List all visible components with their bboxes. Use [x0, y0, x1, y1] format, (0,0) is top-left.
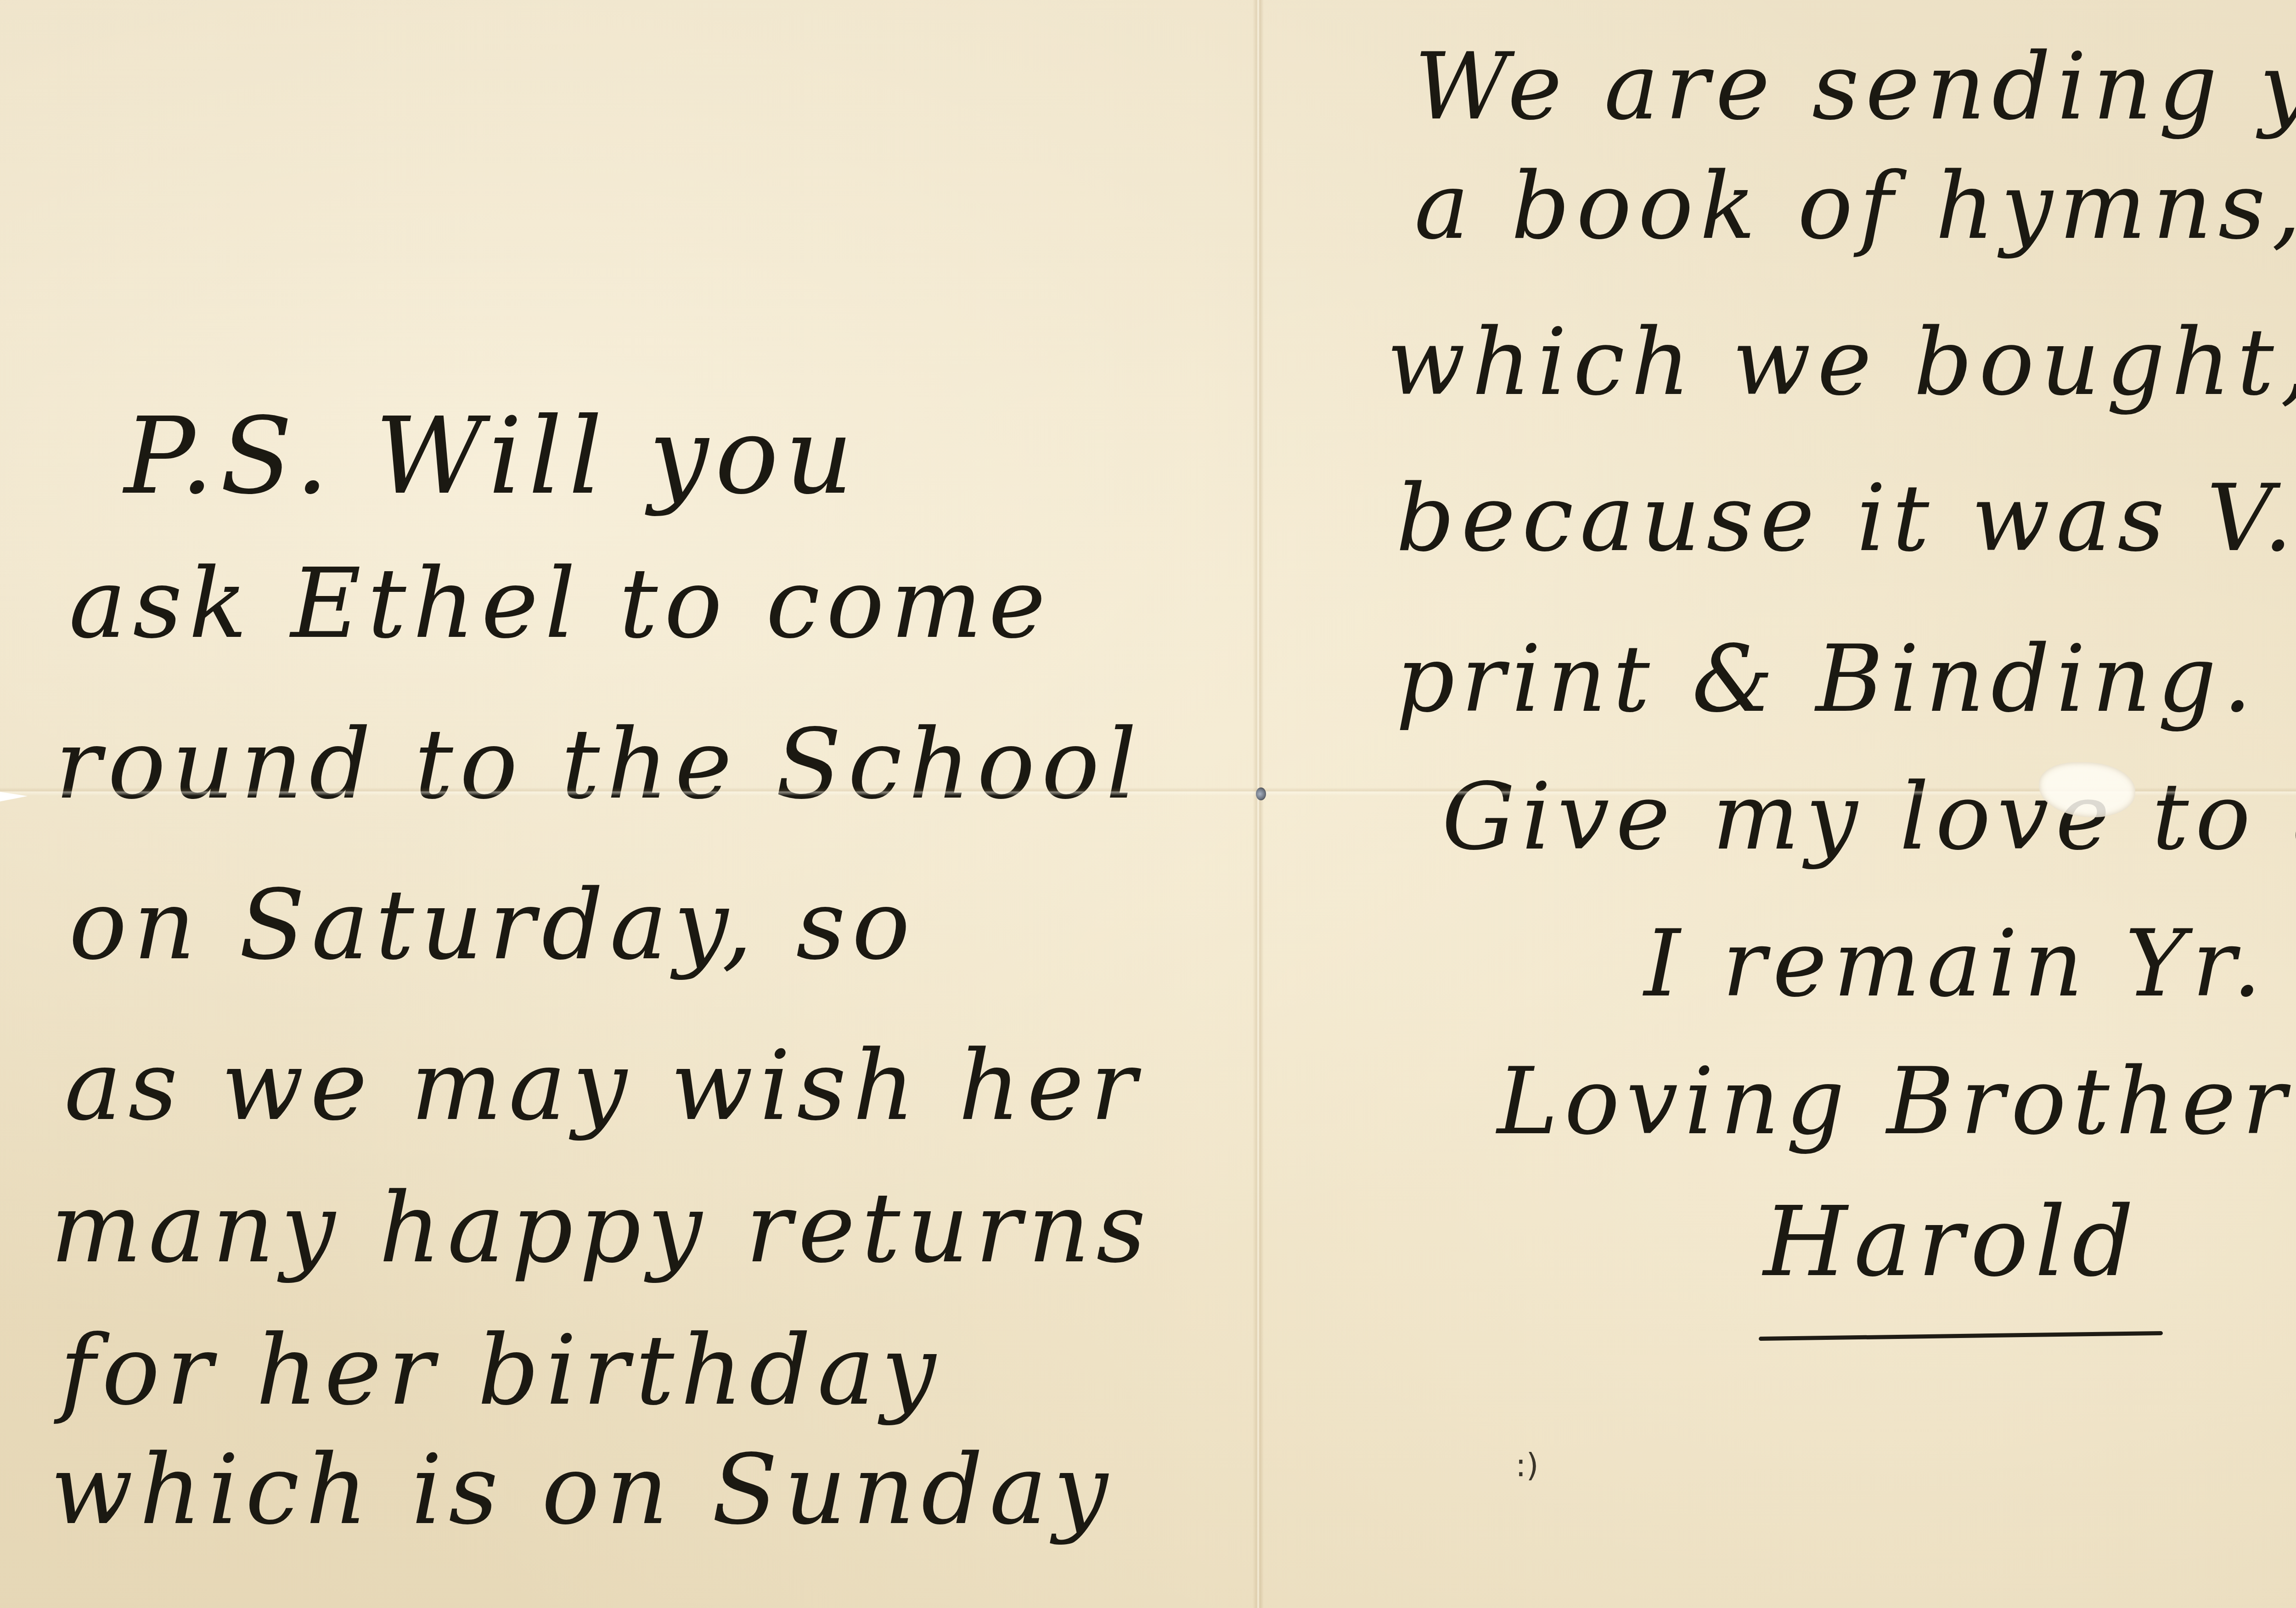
right-line-4: because it was V. nice: [1396, 473, 2296, 565]
closing-line-1: I remain Yr. V.: [1644, 918, 2296, 1010]
signature: Harold: [1763, 1194, 2140, 1290]
right-line-1: We are sending you: [1414, 41, 2296, 133]
right-line-3: which we bought,: [1387, 317, 2296, 409]
closing-line-2: Loving Brother: [1497, 1056, 2293, 1148]
center-fold: [1253, 0, 1264, 1608]
left-line-6: many happy returns: [51, 1180, 1152, 1276]
horizontal-crease: [0, 787, 2296, 796]
right-line-2: a book of hymns,: [1414, 161, 2296, 253]
right-page: We are sending you a book of hymns, whic…: [1258, 0, 2296, 1608]
left-line-5: as we may wish her: [64, 1038, 1143, 1134]
right-line-5: print & Binding.: [1396, 634, 2258, 725]
letter-sheet: P.S. Will you ask Ethel to come round to…: [0, 0, 2296, 1608]
left-line-3: round to the School: [55, 716, 1143, 813]
right-line-6: Give my love to all.: [1442, 771, 2296, 863]
left-line-1: P.S. Will you: [124, 404, 860, 510]
left-page: P.S. Will you ask Ethel to come round to…: [0, 0, 1258, 1608]
left-line-8: which is on Sunday: [51, 1442, 1114, 1538]
left-line-4: on Saturday, so: [69, 877, 917, 973]
fold-hole: [1256, 787, 1266, 800]
left-line-7: for her birthday: [60, 1322, 942, 1419]
ink-marks: :): [1515, 1446, 1539, 1484]
left-line-2: ask Ethel to come: [69, 556, 1052, 652]
